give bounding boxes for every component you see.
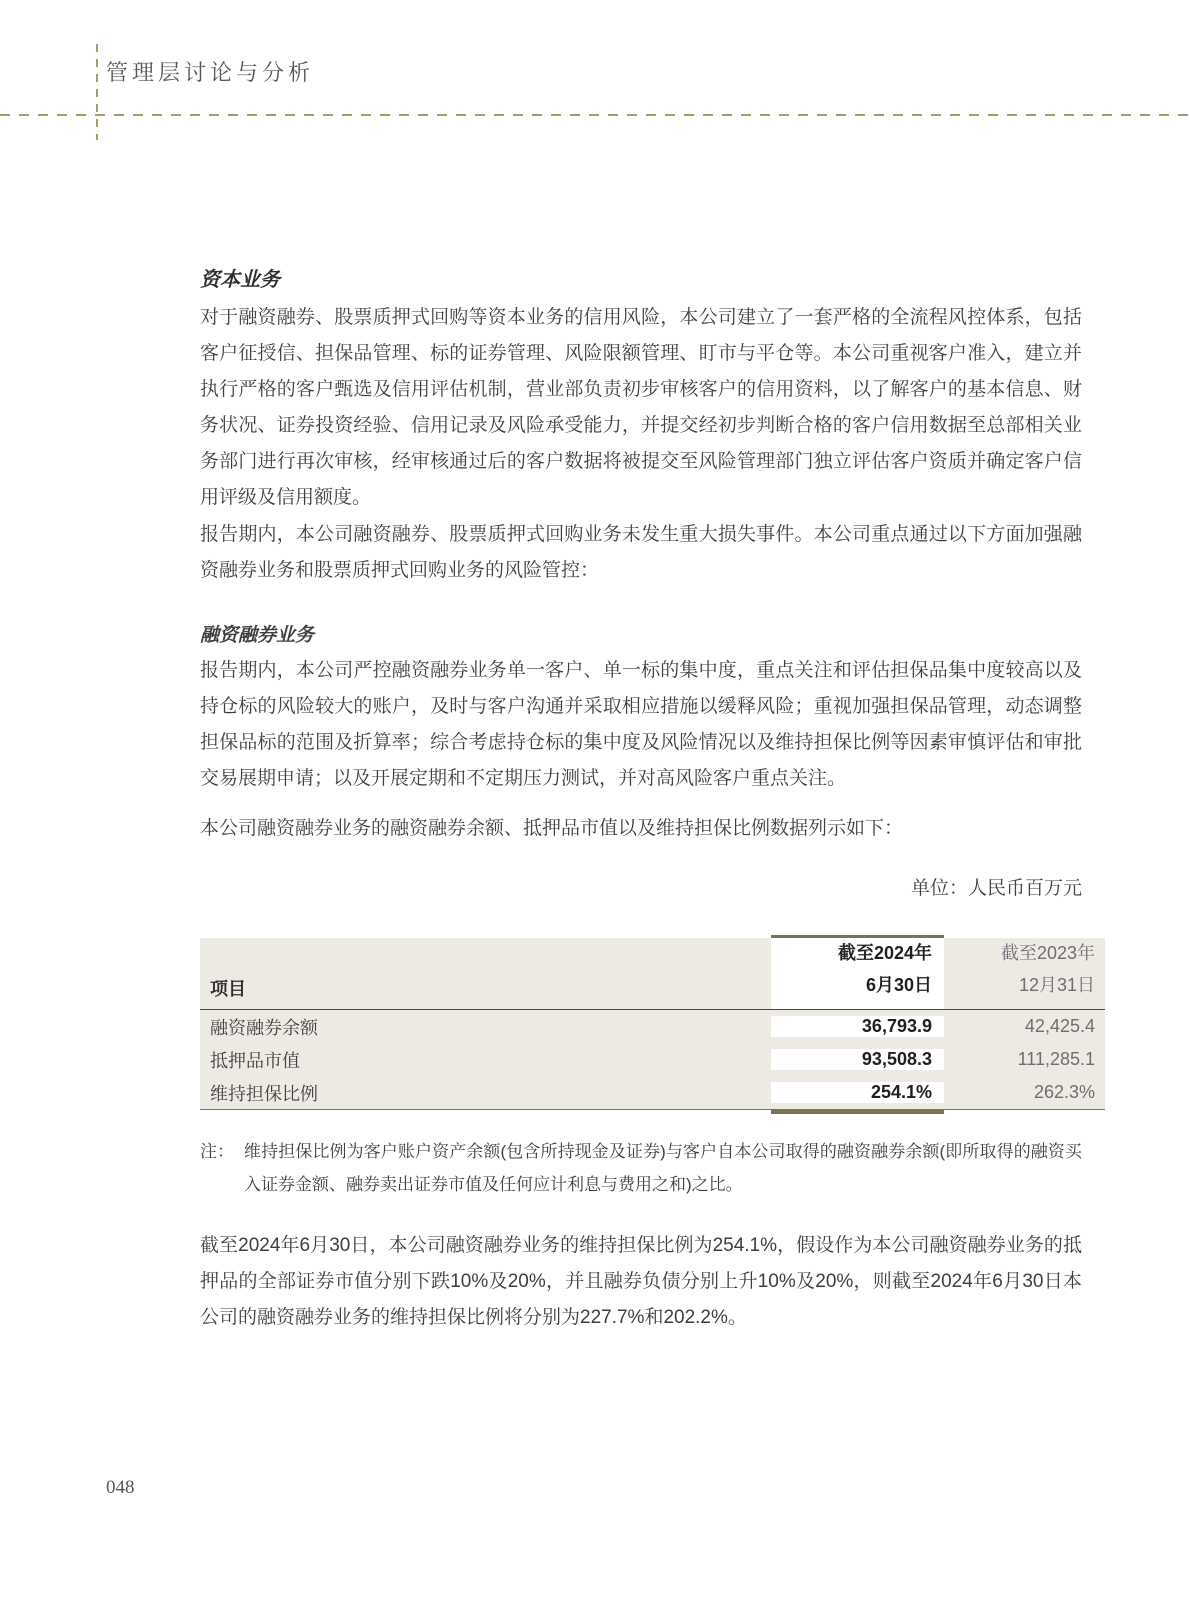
table-row: 融资融券余额 36,793.9 42,425.4	[200, 1010, 1105, 1043]
page-number: 048	[106, 1477, 135, 1499]
table-header-2024: 截至2024年 6月30日	[771, 938, 944, 1009]
table-header-row: 项目 截至2024年 6月30日 截至2023年 12月31日	[200, 938, 1105, 1010]
highlight-column-top-border	[771, 935, 944, 938]
row-label: 抵押品市值	[200, 1047, 771, 1073]
table-footnote: 注： 维持担保比例为客户账户资产余额(包含所持现金及证券)与客户自本公司取得的融…	[200, 1135, 1082, 1201]
row-value-2024: 36,793.9	[771, 1016, 944, 1037]
margin-financing-paragraph-2: 本公司融资融券业务的融资融券余额、抵押品市值以及维持担保比例数据列示如下：	[200, 811, 1082, 847]
table-header-2023: 截至2023年 12月31日	[944, 938, 1105, 1009]
highlight-column-bottom-border	[771, 1110, 944, 1114]
footnote-label: 注：	[200, 1135, 244, 1201]
row-label: 融资融券余额	[200, 1014, 771, 1040]
row-value-2023: 42,425.4	[944, 1016, 1105, 1037]
row-value-2024: 93,508.3	[771, 1049, 944, 1070]
margin-financing-paragraph-1: 报告期内，本公司严控融资融券业务单一客户、单一标的集中度，重点关注和评估担保品集…	[200, 653, 1082, 797]
horizontal-dashed-rule	[0, 114, 1190, 116]
table-unit-label: 单位：人民币百万元	[200, 873, 1082, 900]
table-header-2024-line2: 6月30日	[771, 969, 932, 1001]
table-header-2023-line2: 12月31日	[944, 969, 1095, 1001]
subsection-title-margin-financing: 融资融券业务	[200, 620, 1082, 647]
table-row: 维持担保比例 254.1% 262.3%	[200, 1076, 1105, 1109]
vertical-dashed-rule	[96, 44, 98, 140]
table-header-2023-line1: 截至2023年	[944, 937, 1095, 969]
capital-business-paragraph-1: 对于融资融券、股票质押式回购等资本业务的信用风险，本公司建立了一套严格的全流程风…	[200, 300, 1082, 516]
page-header-title: 管理层讨论与分析	[106, 56, 314, 87]
table-header-2024-line1: 截至2024年	[771, 937, 932, 969]
row-label: 维持担保比例	[200, 1080, 771, 1106]
row-value-2024: 254.1%	[771, 1082, 944, 1103]
closing-paragraph: 截至2024年6月30日，本公司融资融券业务的维持担保比例为254.1%，假设作…	[200, 1228, 1082, 1336]
row-value-2023: 262.3%	[944, 1082, 1105, 1103]
table-header-item: 项目	[200, 938, 771, 1009]
section-title-capital-business: 资本业务	[200, 263, 1082, 292]
table-row: 抵押品市值 93,508.3 111,285.1	[200, 1043, 1105, 1076]
margin-financing-table: 项目 截至2024年 6月30日 截至2023年 12月31日 融资融券余额 3…	[200, 938, 1105, 1110]
capital-business-paragraph-2: 报告期内，本公司融资融券、股票质押式回购业务未发生重大损失事件。本公司重点通过以…	[200, 517, 1082, 589]
footnote-text: 维持担保比例为客户账户资产余额(包含所持现金及证券)与客户自本公司取得的融资融券…	[244, 1135, 1082, 1201]
row-value-2023: 111,285.1	[944, 1049, 1105, 1070]
